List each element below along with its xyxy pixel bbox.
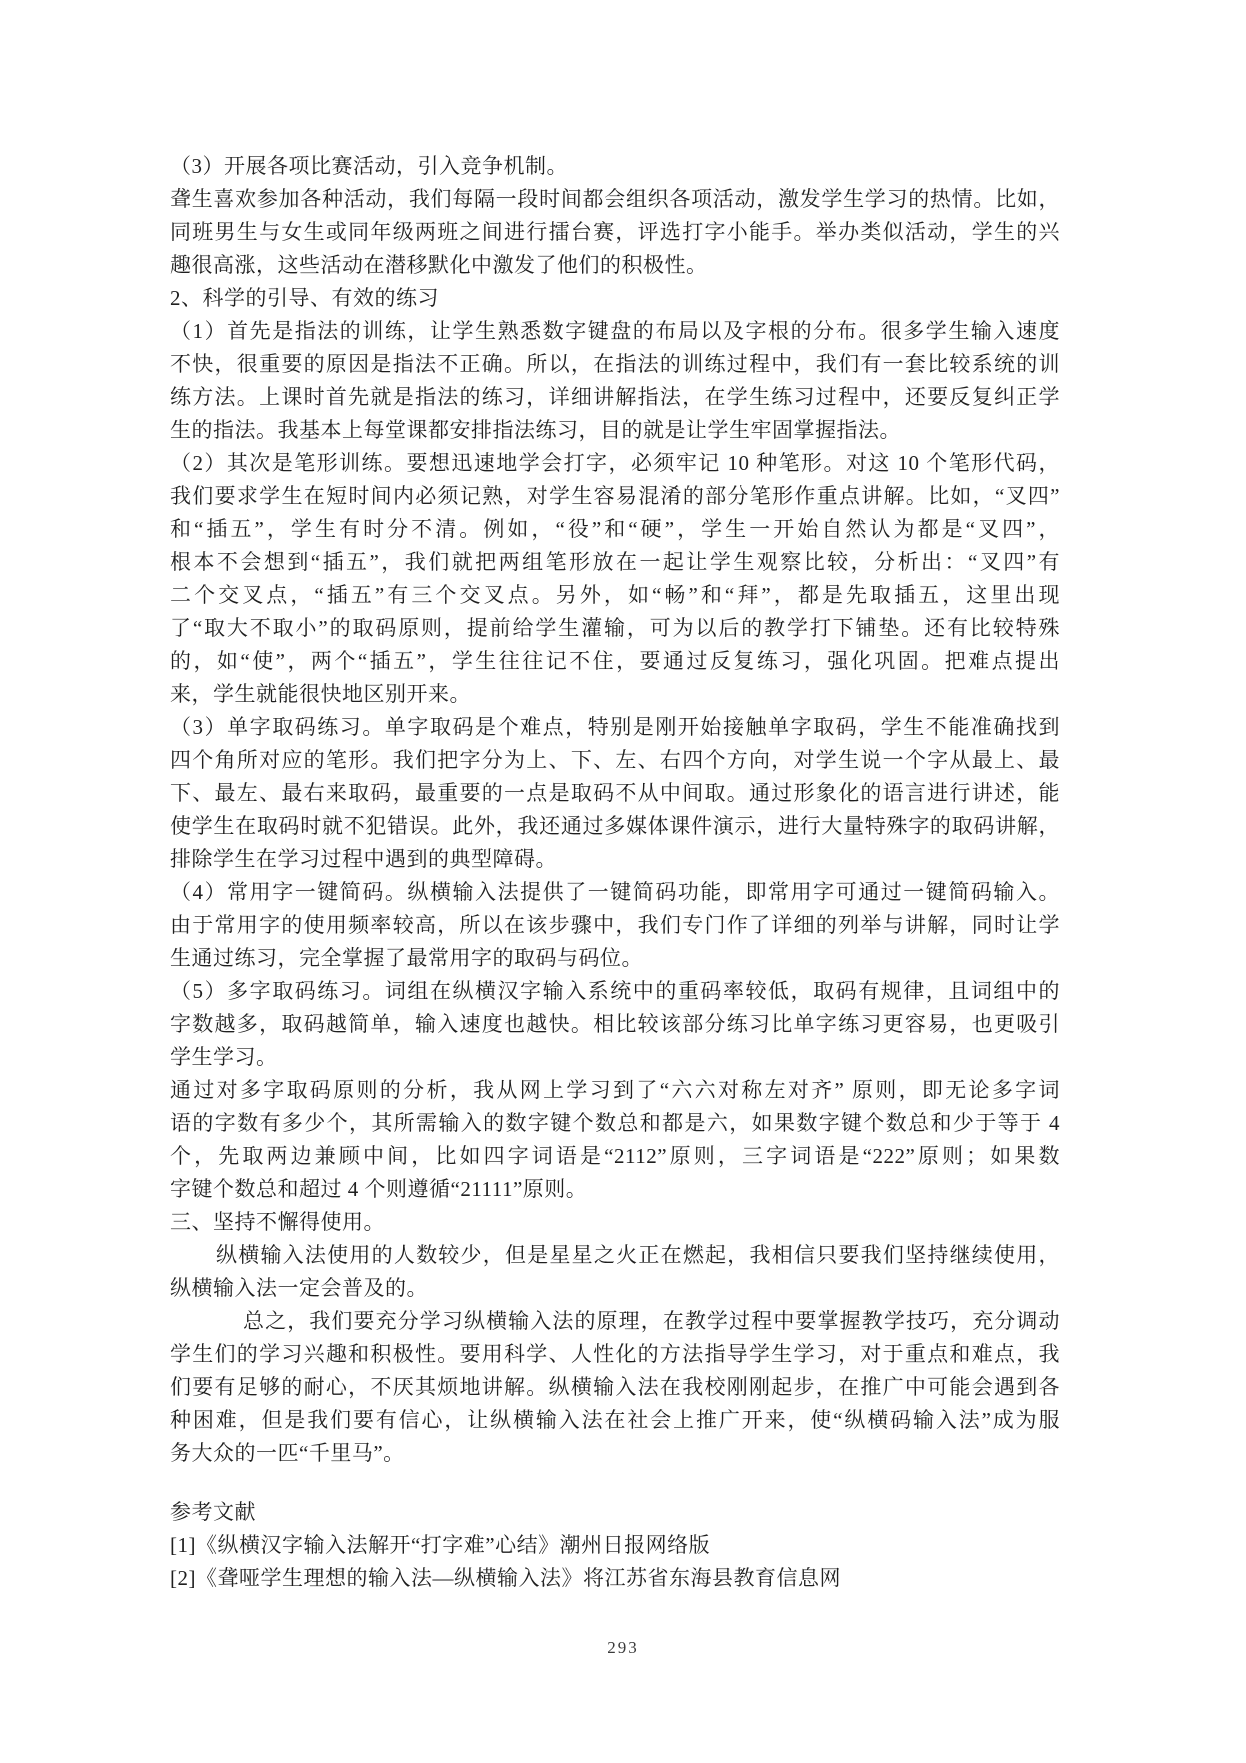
text-line: 根本不会想到“插五”，我们就把两组笔形放在一起让学生观察比较，分析出：“叉四”有 <box>170 546 1060 579</box>
text-line: 了“取大不取小”的取码原则，提前给学生灌输，可为以后的教学打下铺垫。还有比较特殊 <box>170 612 1060 645</box>
text-line: （1）首先是指法的训练，让学生熟悉数字键盘的布局以及字根的分布。很多学生输入速度 <box>170 315 1060 348</box>
text-line: 学生学习。 <box>170 1041 1060 1074</box>
text-line: 聋生喜欢参加各种活动，我们每隔一段时间都会组织各项活动，激发学生学习的热情。比如… <box>170 183 1060 216</box>
text-line: 种困难，但是我们要有信心，让纵横输入法在社会上推广开来，使“纵横码输入法”成为服 <box>170 1404 1060 1437</box>
text-line: 和“插五”，学生有时分不清。例如，“役”和“硬”，学生一开始自然认为都是“叉四”… <box>170 513 1060 546</box>
text-line: 同班男生与女生或同年级两班之间进行擂台赛，评选打字小能手。举办类似活动，学生的兴 <box>170 216 1060 249</box>
text-line: 我们要求学生在短时间内必须记熟，对学生容易混淆的部分笔形作重点讲解。比如，“叉四… <box>170 480 1060 513</box>
text-line: 语的字数有多少个，其所需输入的数字键个数总和都是六，如果数字键个数总和少于等于 … <box>170 1107 1060 1140</box>
text-line: 生的指法。我基本上每堂课都安排指法练习，目的就是让学生牢固掌握指法。 <box>170 414 1060 447</box>
text-line: 字键个数总和超过 4 个则遵循“21111”原则。 <box>170 1173 1060 1206</box>
text-line: （5）多字取码练习。词组在纵横汉字输入系统中的重码率较低，取码有规律，且词组中的 <box>170 975 1060 1008</box>
text-line: 排除学生在学习过程中遇到的典型障碍。 <box>170 843 1060 876</box>
text-line: 们要有足够的耐心，不厌其烦地讲解。纵横输入法在我校刚刚起步，在推广中可能会遇到各 <box>170 1371 1060 1404</box>
text-line: 总之，我们要充分学习纵横输入法的原理，在教学过程中要掌握教学技巧，充分调动 <box>170 1305 1060 1338</box>
document-page: （3）开展各项比赛活动，引入竞争机制。聋生喜欢参加各种活动，我们每隔一段时间都会… <box>0 0 1246 1763</box>
text-line: 的，如“使”，两个“插五”，学生往往记不住，要通过反复练习，强化巩固。把难点提出 <box>170 645 1060 678</box>
text-line: 生通过练习，完全掌握了最常用字的取码与码位。 <box>170 942 1060 975</box>
text-line: 不快，很重要的原因是指法不正确。所以，在指法的训练过程中，我们有一套比较系统的训 <box>170 348 1060 381</box>
text-line: 字数越多，取码越简单，输入速度也越快。相比较该部分练习比单字练习更容易，也更吸引 <box>170 1008 1060 1041</box>
text-line: 2、科学的引导、有效的练习 <box>170 282 1060 315</box>
text-line: 务大众的一匹“千里马”。 <box>170 1437 1060 1470</box>
text-line: [2]《聋哑学生理想的输入法—纵横输入法》将江苏省东海县教育信息网 <box>170 1562 1060 1595</box>
text-line: 个，先取两边兼顾中间，比如四字词语是“2112”原则，三字词语是“222”原则；… <box>170 1140 1060 1173</box>
document-lines: （3）开展各项比赛活动，引入竞争机制。聋生喜欢参加各种活动，我们每隔一段时间都会… <box>170 150 1060 1595</box>
text-line: 学生们的学习兴趣和积极性。要用科学、人性化的方法指导学生学习，对于重点和难点，我 <box>170 1338 1060 1371</box>
text-line: 使学生在取码时就不犯错误。此外，我还通过多媒体课件演示，进行大量特殊字的取码讲解… <box>170 810 1060 843</box>
text-line: 练方法。上课时首先就是指法的练习，详细讲解指法，在学生练习过程中，还要反复纠正学 <box>170 381 1060 414</box>
text-line: 参考文献 <box>170 1496 1060 1529</box>
text-line: 二个交叉点，“插五”有三个交叉点。另外，如“畅”和“拜”，都是先取插五，这里出现 <box>170 579 1060 612</box>
text-line: （3）开展各项比赛活动，引入竞争机制。 <box>170 150 1060 183</box>
text-line: （2）其次是笔形训练。要想迅速地学会打字，必须牢记 10 种笔形。对这 10 个… <box>170 447 1060 480</box>
text-line: 通过对多字取码原则的分析，我从网上学习到了“六六对称左对齐” 原则，即无论多字词 <box>170 1074 1060 1107</box>
text-line: 趣很高涨，这些活动在潜移默化中激发了他们的积极性。 <box>170 249 1060 282</box>
text-line: 由于常用字的使用频率较高，所以在该步骤中，我们专门作了详细的列举与讲解，同时让学 <box>170 909 1060 942</box>
text-line: 来，学生就能很快地区别开来。 <box>170 678 1060 711</box>
blank-line <box>170 1470 1060 1496</box>
text-line: （3）单字取码练习。单字取码是个难点，特别是刚开始接触单字取码，学生不能准确找到 <box>170 711 1060 744</box>
text-line: （4）常用字一键简码。纵横输入法提供了一键简码功能，即常用字可通过一键简码输入。 <box>170 876 1060 909</box>
text-line: 三、坚持不懈得使用。 <box>170 1206 1060 1239</box>
text-line: [1]《纵横汉字输入法解开“打字难”心结》潮州日报网络版 <box>170 1529 1060 1562</box>
page-number: 293 <box>0 1638 1246 1658</box>
text-line: 下、最左、最右来取码，最重要的一点是取码不从中间取。通过形象化的语言进行讲述，能 <box>170 777 1060 810</box>
text-line: 纵横输入法一定会普及的。 <box>170 1272 1060 1305</box>
text-line: 纵横输入法使用的人数较少，但是星星之火正在燃起，我相信只要我们坚持继续使用， <box>170 1239 1060 1272</box>
text-line: 四个角所对应的笔形。我们把字分为上、下、左、右四个方向，对学生说一个字从最上、最 <box>170 744 1060 777</box>
